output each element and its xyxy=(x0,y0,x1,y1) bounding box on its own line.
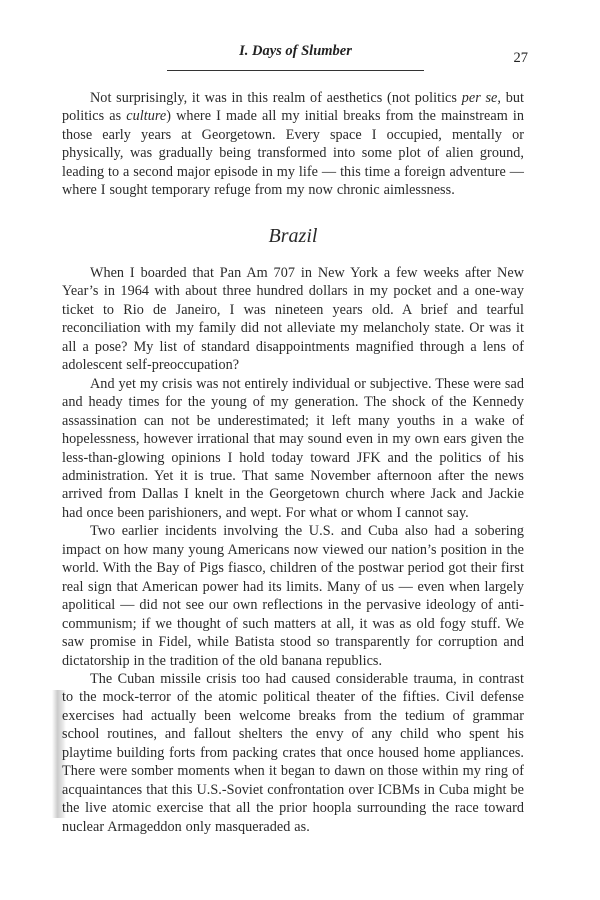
paragraph: When I boarded that Pan Am 707 in New Yo… xyxy=(62,264,524,375)
running-head-chapter-title: I. Days of Slumber xyxy=(167,41,424,71)
paragraph-opening: Not surprisingly, it was in this realm o… xyxy=(62,89,524,200)
section-heading-brazil: Brazil xyxy=(62,224,524,248)
paragraph: Two earlier incidents involving the U.S.… xyxy=(62,522,524,670)
paragraph: And yet my crisis was not entirely indiv… xyxy=(62,375,524,523)
opening-text-block: Not surprisingly, it was in this realm o… xyxy=(62,89,524,200)
italic-text-run: culture xyxy=(126,108,166,124)
brazil-text-block: When I boarded that Pan Am 707 in New Yo… xyxy=(62,264,524,836)
paragraph: The Cuban missile crisis too had caused … xyxy=(62,670,524,836)
page-number: 27 xyxy=(500,48,528,68)
text-run: Not surprisingly, it was in this realm o… xyxy=(90,90,462,106)
italic-text-run: per se xyxy=(462,90,498,106)
